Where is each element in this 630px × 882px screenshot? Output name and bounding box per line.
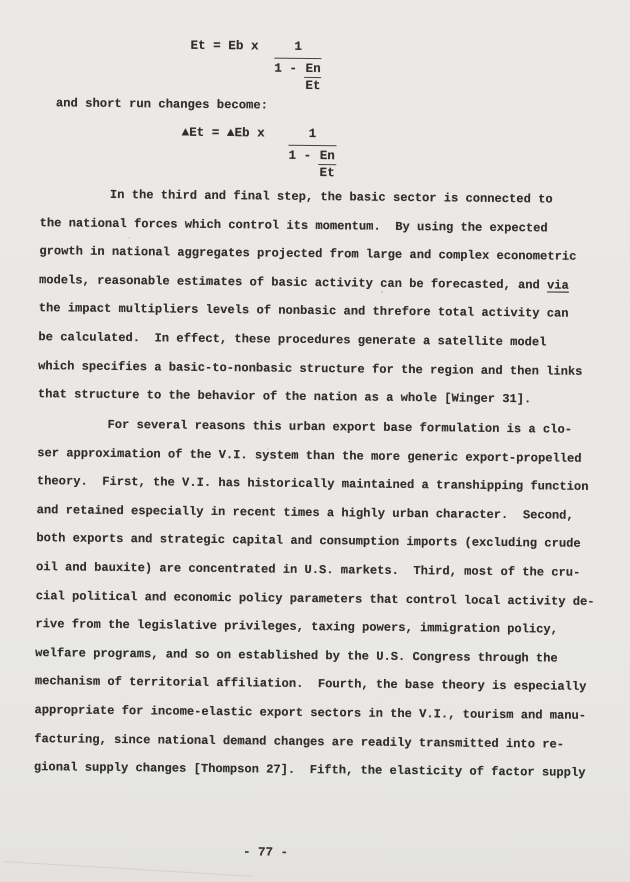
transition-text: and short run changes become:	[56, 96, 268, 112]
text-line: that structure to the behavior of the na…	[38, 380, 613, 415]
scan-speck	[381, 291, 383, 293]
fraction: 1 1 - En Et	[274, 40, 322, 93]
equation-long-run: Et = Eb x 1 1 - En Et	[190, 39, 322, 93]
denominator-prefix: 1 -	[274, 62, 305, 93]
text-segment: models, reasonable estimates of basic ac…	[39, 273, 547, 292]
scanned-paper-page: Et = Eb x 1 1 - En Et and short run chan…	[0, 0, 630, 882]
nested-fraction-numerator: En	[319, 149, 336, 165]
nested-fraction: En Et	[318, 149, 335, 180]
fraction-denominator: 1 - En Et	[274, 59, 322, 93]
nested-fraction-denominator: Et	[304, 78, 321, 93]
page-number: - 77 -	[243, 845, 288, 859]
fraction: 1 1 - En Et	[288, 127, 336, 180]
fraction-denominator: 1 - En Et	[288, 146, 336, 180]
paragraph-2: For several reasons this urban export ba…	[34, 410, 613, 788]
nested-fraction-denominator: Et	[318, 165, 335, 180]
scan-speck	[267, 448, 269, 450]
equation-short-run-lhs: ▲Et = ▲Eb x	[182, 126, 265, 142]
paragraph-1: In the third and final step, the basic s…	[38, 180, 615, 415]
page-content: Et = Eb x 1 1 - En Et and short run chan…	[0, 0, 630, 882]
text-line: gional supply changes [Thompson 27]. Fif…	[34, 753, 609, 788]
nested-fraction-numerator: En	[304, 62, 321, 78]
equation-short-run: ▲Et = ▲Eb x 1 1 - En Et	[181, 126, 336, 181]
equation-long-run-lhs: Et = Eb x	[190, 39, 258, 55]
scan-speck	[128, 237, 130, 239]
fraction-numerator: 1	[289, 127, 337, 146]
nested-fraction: En Et	[304, 62, 321, 93]
denominator-prefix: 1 -	[288, 149, 319, 180]
underlined-word: via	[547, 278, 569, 292]
fraction-numerator: 1	[274, 40, 322, 59]
